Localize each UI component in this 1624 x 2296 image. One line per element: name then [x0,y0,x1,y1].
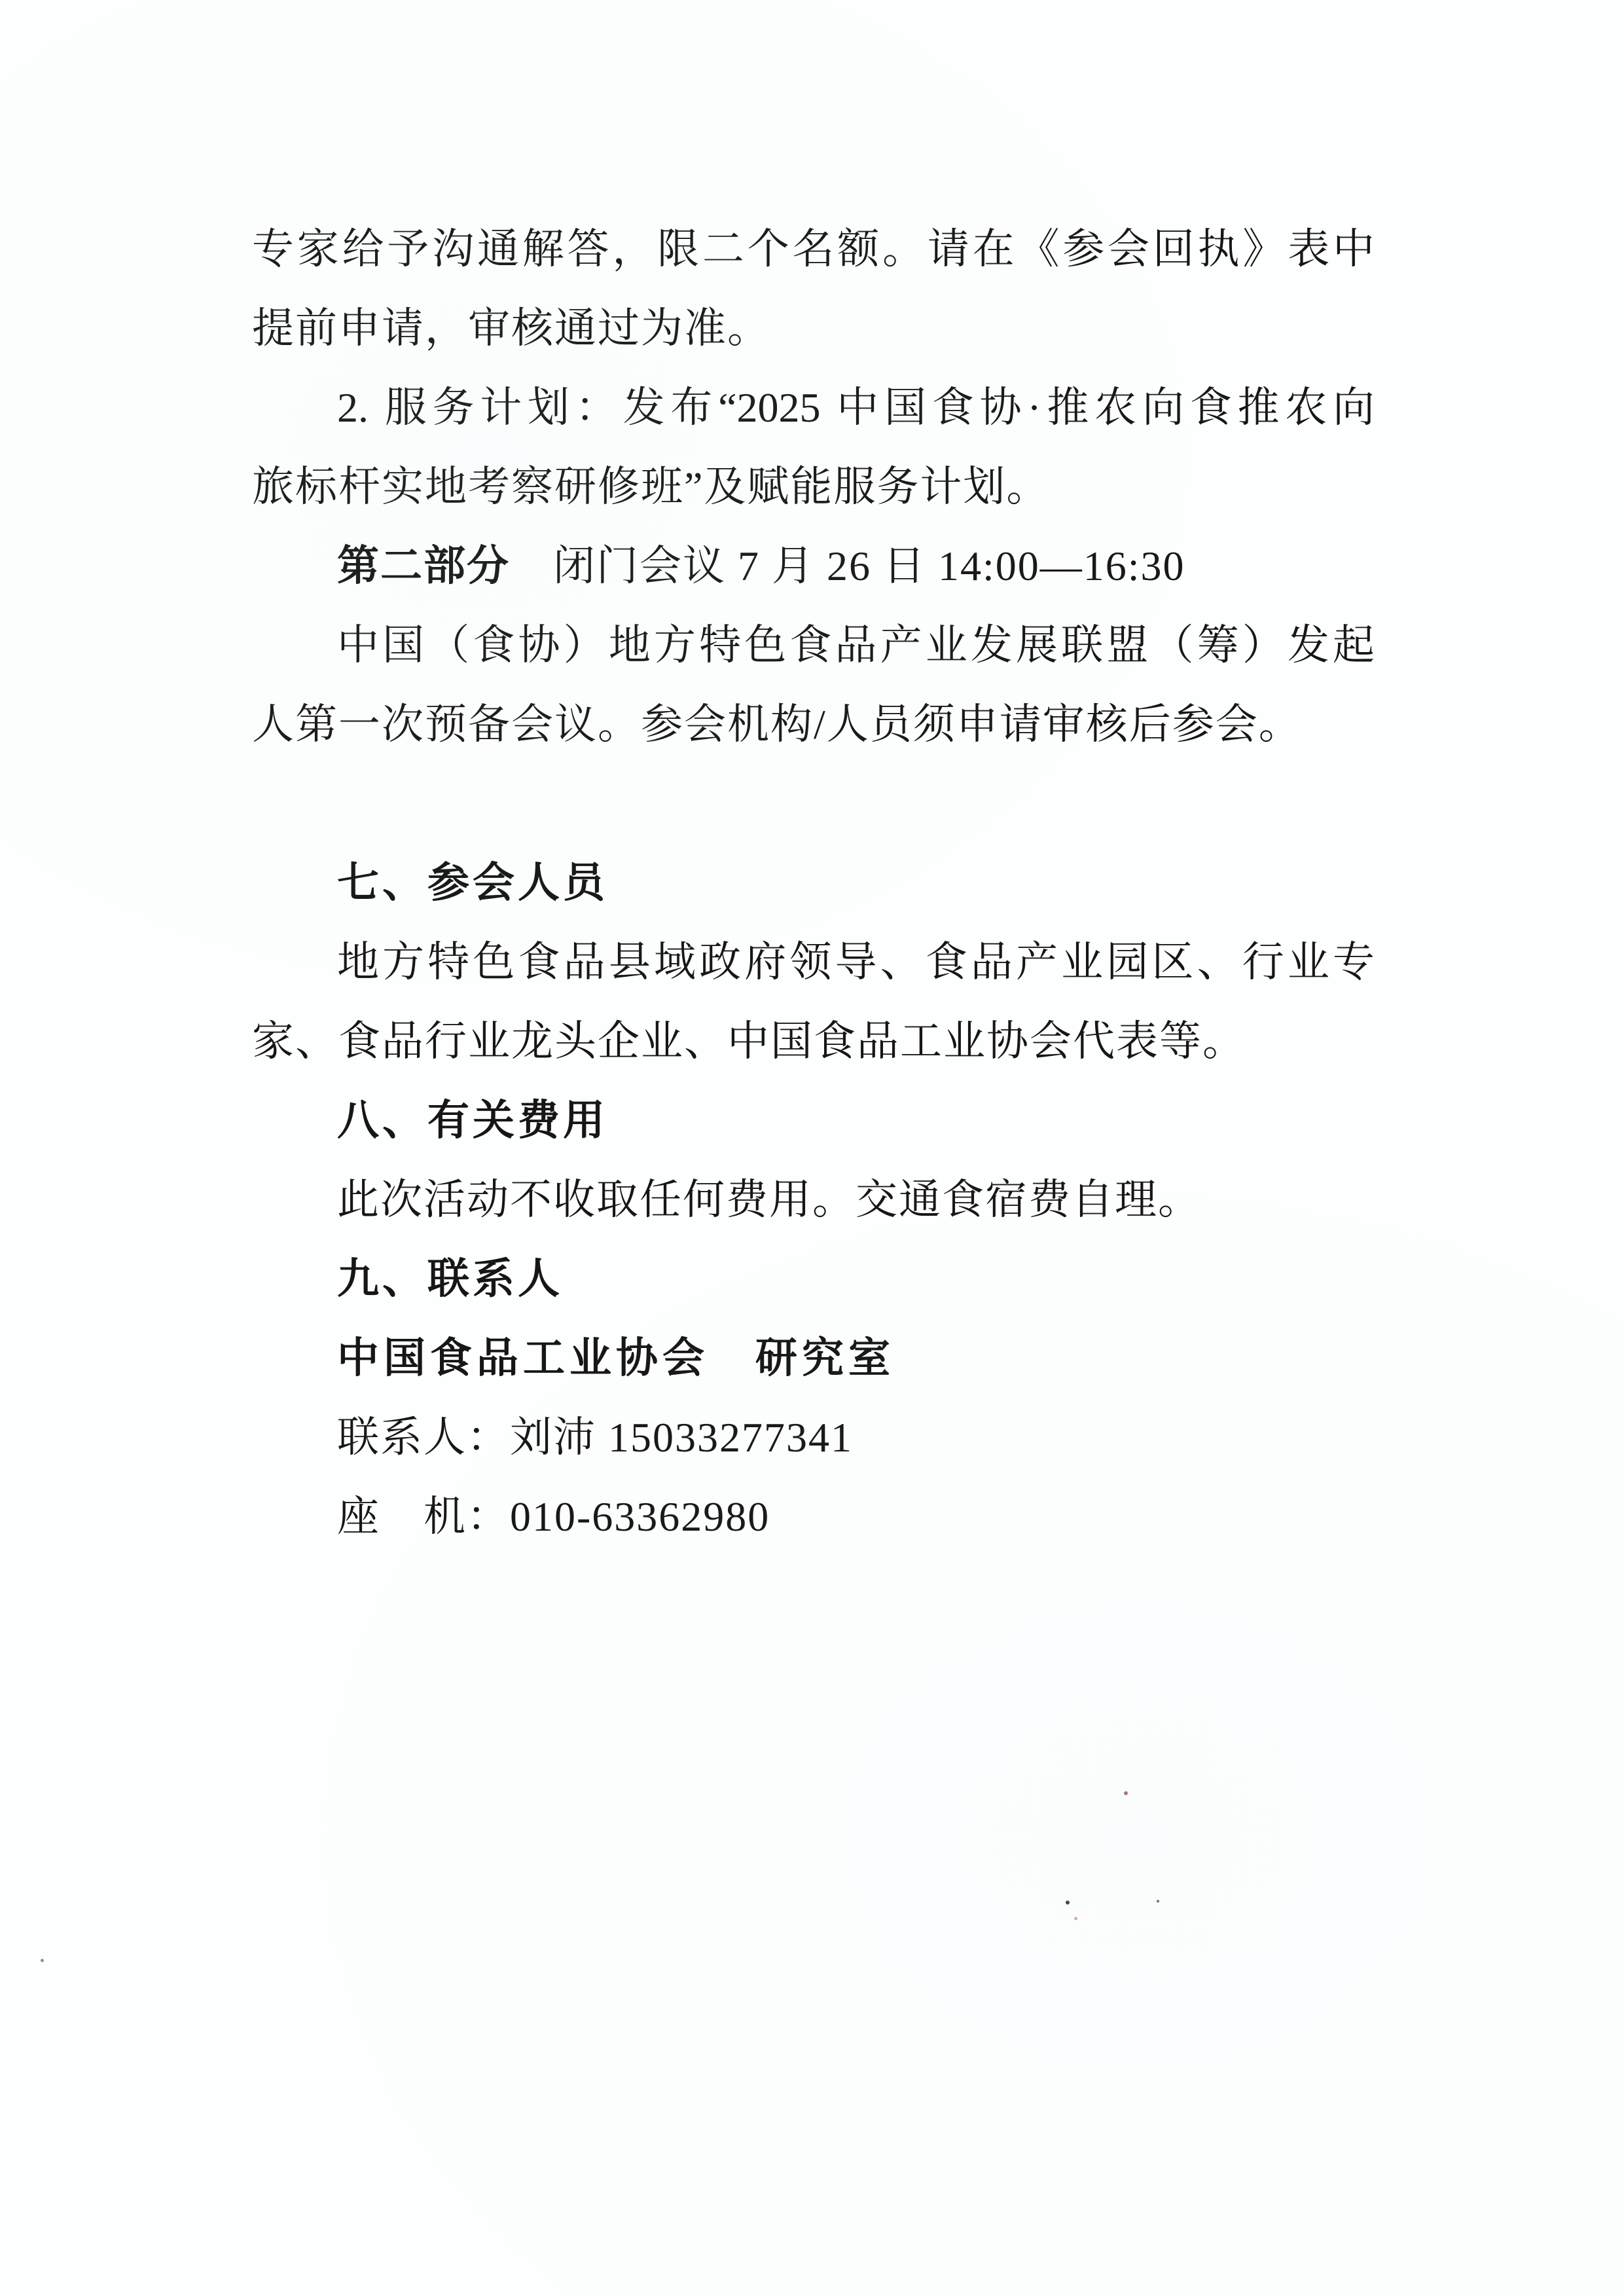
section-8-heading: 八、有关费用 [252,1081,1375,1160]
part2-heading-line: 第二部分 闭门会议 7 月 26 日 14:00—16:30 [252,526,1375,606]
body-line: 地方特色食品县域政府领导、食品产业园区、行业专 [252,922,1375,1002]
body-line: 2. 服务计划：发布“2025 中国食协·推农向食推农向 [252,368,1375,447]
document-page: 专家给予沟通解答，限二个名额。请在《参会回执》表中 提前申请，审核通过为准。 2… [0,0,1624,2296]
scan-speck [41,1959,44,1962]
scan-speck [1124,1791,1128,1795]
body-line: 家、食品行业龙头企业、中国食品工业协会代表等。 [252,1002,1375,1081]
scan-speck [1074,1917,1077,1920]
body-line: 提前申请，审核通过为准。 [252,289,1375,368]
text-column: 专家给予沟通解答，限二个名额。请在《参会回执》表中 提前申请，审核通过为准。 2… [252,210,1375,1556]
body-line: 旅标杆实地考察研修班”及赋能服务计划。 [252,447,1375,526]
body-line: 中国（食协）地方特色食品产业发展联盟（筹）发起 [252,606,1375,685]
scan-speck [1157,1900,1159,1903]
body-line: 此次活动不收取任何费用。交通食宿费自理。 [252,1160,1375,1239]
part2-heading-rest: 闭门会议 7 月 26 日 14:00—16:30 [510,543,1185,589]
contact-org-line: 中国食品工业协会 研究室 [252,1319,1375,1398]
scan-speck [1066,1901,1070,1904]
part2-heading-bold: 第二部分 [337,543,510,589]
body-line: 人第一次预备会议。参会机构/人员须申请审核后参会。 [252,685,1375,764]
contact-phone-line: 座 机：010-63362980 [252,1477,1375,1556]
section-9-heading: 九、联系人 [252,1239,1375,1319]
body-line: 专家给予沟通解答，限二个名额。请在《参会回执》表中 [252,210,1375,289]
section-7-heading: 七、参会人员 [252,843,1375,922]
contact-person-line: 联系人：刘沛 15033277341 [252,1398,1375,1477]
